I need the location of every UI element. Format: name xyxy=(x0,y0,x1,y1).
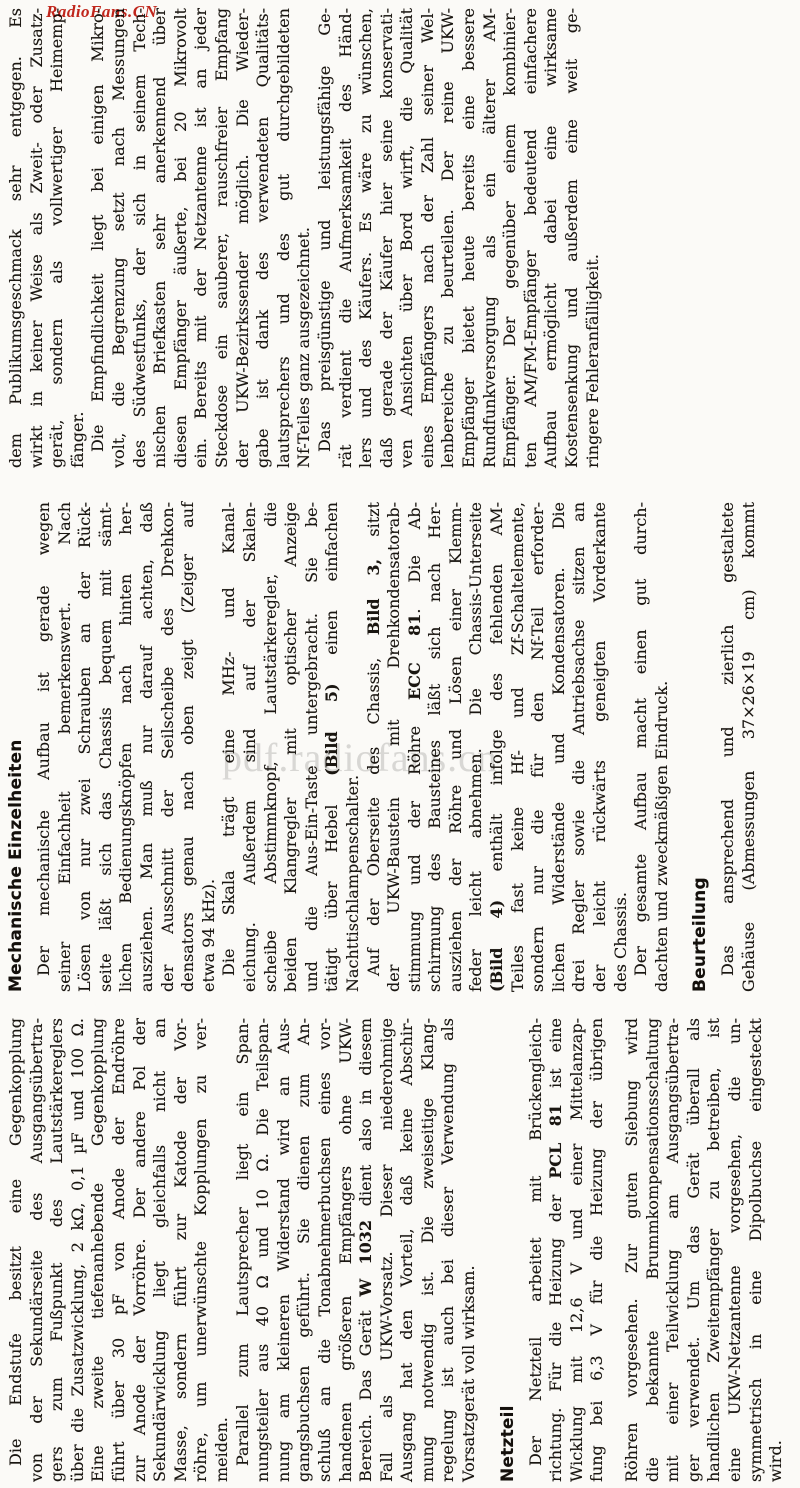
text-line: Das ansprechend und zierlich gestaltete xyxy=(718,502,739,992)
text-line: Die Endstufe besitzt eine Gegenkopplung xyxy=(6,1018,27,1482)
text-line: lichen Bedienungsknöpfen nach hinten her… xyxy=(116,502,137,992)
text-line: nung am kleineren Widerstand wird an Aus… xyxy=(274,1018,295,1482)
text-line: symmetrisch in eine Dipolbuchse eingeste… xyxy=(746,1018,767,1482)
text-line: seite läßt sich das Chassis bequem mit s… xyxy=(96,502,117,992)
text-column-1: Die Endstufe besitzt eine Gegenkopplungv… xyxy=(6,1018,787,1482)
text-line: und die Aus-Ein-Taste untergebracht. Sie… xyxy=(302,502,323,992)
text-line: Das preisgünstige und leistungsfähige Ge… xyxy=(315,8,336,468)
section-heading: Beurteilung xyxy=(690,502,711,992)
text-line: mit einer Teilwicklung am Ausgangsübertr… xyxy=(663,1018,684,1482)
text-line: handenen größeren Empfängers ohne UKW- xyxy=(336,1018,357,1482)
text-line: scheibe Abstimmknopf, Lautstärkeregler, … xyxy=(261,502,282,992)
text-line: Teiles fast keine Hf- und Zf-Schalteleme… xyxy=(508,502,529,992)
text-line: Nf-Teiles ganz ausgezeichnet. xyxy=(294,8,315,468)
text-line: densators genau nach oben zeigt (Zeiger … xyxy=(178,502,199,992)
text-line: lichen Widerstände und Kondensatoren. Di… xyxy=(549,502,570,992)
text-line: Eine zweite tiefenanhebende Gegenkopplun… xyxy=(88,1018,109,1482)
text-line: Rundfunkversorgung als ein älterer AM- xyxy=(480,8,501,468)
section-heading: Netzteil xyxy=(498,1018,519,1482)
text-line: beiden Klangregler mit optischer Anzeige xyxy=(281,502,302,992)
text-line: feder leicht abnehmen. Die Chassis-Unter… xyxy=(466,502,487,992)
text-line: der UKW-Bezirkssender möglich. Die Wiede… xyxy=(233,8,254,468)
text-line: gangsbuchsen geführt. Sie dienen zum An- xyxy=(294,1018,315,1482)
text-line: der UKW-Baustein mit Drehkondensatorab- xyxy=(384,502,405,992)
text-line: handlichen Zweitempfänger zu betreiben, … xyxy=(704,1018,725,1482)
text-line: eichung. Außerdem sind auf der Skalen- xyxy=(240,502,261,992)
text-line: der leicht rückwärts geneigten Vorderkan… xyxy=(590,502,611,992)
text-line: Sekundärwicklung liegt gleichfalls nicht… xyxy=(150,1018,171,1482)
text-line: diesen Empfänger äußerte, bei 20 Mikrovo… xyxy=(171,8,192,468)
text-line: fung bei 6,3 V für die Heizung der übrig… xyxy=(587,1018,608,1482)
text-line: lers und des Käufers. Es wäre zu wünsche… xyxy=(356,8,377,468)
text-line: Die Skala trägt eine MHz- und Kanal- xyxy=(219,502,240,992)
text-line: die bekannte Brummkompensationsschaltung xyxy=(643,1018,664,1482)
text-line: ein. Bereits mit der Netzantenne ist an … xyxy=(191,8,212,468)
text-line: des Chassis. xyxy=(611,502,632,992)
text-line: ven Ansichten über Bord wirft, die Quali… xyxy=(397,8,418,468)
text-line: ausziehen der Röhre und Lösen einer Klem… xyxy=(446,502,467,992)
text-line: Empfänger bietet heute bereits eine bess… xyxy=(459,8,480,468)
text-line: richtung. Für die Heizung der PCL 81 ist… xyxy=(546,1018,567,1482)
text-line: Auf der Oberseite des Chassis, Bild 3, s… xyxy=(364,502,385,992)
text-line: Der gesamte Aufbau macht einen gut durch… xyxy=(631,502,652,992)
text-line: Lösen von nur zwei Schrauben an der Rück… xyxy=(75,502,96,992)
text-line: etwa 94 kHz). xyxy=(199,502,220,992)
text-line: eine UKW-Netzantenne vorgesehen, die un- xyxy=(725,1018,746,1482)
text-line: Vorsatzgerät voll wirksam. xyxy=(459,1018,480,1482)
text-line: Aufbau ermöglicht dabei eine wirksame xyxy=(541,8,562,468)
scanned-magazine-page: pdf.radiofans.cn Die Endstufe besitzt ei… xyxy=(0,0,800,1488)
text-line: lautsprechers und des gut durchgebildete… xyxy=(274,8,295,468)
text-line: zur Anode der Vorröhre. Der andere Pol d… xyxy=(130,1018,151,1482)
watermark-red-text: RadioFans.CN xyxy=(46,2,157,22)
text-line: dachten und zweckmäßigen Eindruck. xyxy=(652,502,673,992)
text-line: Wicklung mit 12,6 V und einer Mittelanza… xyxy=(567,1018,588,1482)
text-line: ausziehen. Man muß nur darauf achten, da… xyxy=(137,502,158,992)
text-line: Der Netzteil arbeitet mit Brückengleich- xyxy=(526,1018,547,1482)
text-line: der Ausschnitt der Seilscheibe des Drehk… xyxy=(158,502,179,992)
text-line: über die Zusatzwicklung, 2 kΩ, 0,1 µF un… xyxy=(68,1018,89,1482)
text-line: lenbereiche zu beurteilen. Der reine UKW… xyxy=(438,8,459,468)
text-line: (Bild 4) enthält infolge des fehlenden A… xyxy=(487,502,508,992)
text-line: Nachttischlampenschalter. xyxy=(343,502,364,992)
text-line: Gehäuse (Abmessungen 37×26×19 cm) kommt xyxy=(739,502,760,992)
text-line: Röhren vorgesehen. Zur guten Siebung wir… xyxy=(622,1018,643,1482)
text-line: röhre, um unerwünschte Kopplungen zu ver… xyxy=(191,1018,212,1482)
text-line: ten AM/FM-Empfänger bedeutend einfachere xyxy=(521,8,542,468)
text-line: gerät, sondern als vollwertiger Heimemp- xyxy=(47,8,68,468)
text-line: Steckdose ein sauberer, rauschfreier Emp… xyxy=(212,8,233,468)
text-column-2: Mechanische EinzelheitenDer mechanische … xyxy=(6,502,760,992)
text-line: Fall als UKW-Vorsatz. Dieser niederohmig… xyxy=(377,1018,398,1482)
text-line: nungsteiler aus 40 Ω und 10 Ω. Die Teils… xyxy=(253,1018,274,1482)
text-line: Empfänger. Der gegenüber einem kombinier… xyxy=(500,8,521,468)
text-line: tätigt über Hebel (Bild 5) einen einfach… xyxy=(322,502,343,992)
text-line: ger verwendet. Um das Gerät überall als xyxy=(684,1018,705,1482)
text-column-3: dem Publikumsgeschmack sehr entgegen. Es… xyxy=(6,8,603,468)
text-line: Der mechanische Aufbau ist gerade wegen xyxy=(34,502,55,992)
text-line: seiner Einfachheit bemerkenswert. Nach xyxy=(55,502,76,992)
text-line: daß gerade der Käufer hier seine konserv… xyxy=(377,8,398,468)
text-line: mung notwendig ist. Die zweiseitige Klan… xyxy=(418,1018,439,1482)
section-heading: Mechanische Einzelheiten xyxy=(6,502,27,992)
text-line: von der Sekundärseite des Ausgangsübertr… xyxy=(27,1018,48,1482)
text-line: Masse, sondern führt zur Katode der Vor- xyxy=(171,1018,192,1482)
text-line: Kostensenkung und außerdem eine weit ge- xyxy=(562,8,583,468)
text-line: meiden. xyxy=(212,1018,233,1482)
text-line: stimmung und der Röhre ECC 81. Die Ab- xyxy=(405,502,426,992)
text-line: Bereich. Das Gerät W 1032 dient also in … xyxy=(356,1018,377,1482)
text-line: wird. xyxy=(766,1018,787,1482)
text-line: führt über 30 pF von Anode der Endröhre xyxy=(109,1018,130,1482)
text-line: fänger. xyxy=(68,8,89,468)
text-line: rät verdient die Aufmerksamkeit des Händ… xyxy=(336,8,357,468)
rotated-article-sheet: Die Endstufe besitzt eine Gegenkopplungv… xyxy=(0,0,800,1488)
text-line: dem Publikumsgeschmack sehr entgegen. Es xyxy=(6,8,27,468)
text-line: wirkt in keiner Weise als Zweit- oder Zu… xyxy=(27,8,48,468)
text-line: schirmung des Bausteines läßt sich nach … xyxy=(425,502,446,992)
text-line: regelung ist auch bei dieser Verwendung … xyxy=(438,1018,459,1482)
text-line: schluß an die Tonabnehmerbuchsen eines v… xyxy=(315,1018,336,1482)
text-line: Die Empfindlichkeit liegt bei einigen Mi… xyxy=(88,8,109,468)
text-line: drei Regler sowie die Antriebsachse sitz… xyxy=(569,502,590,992)
text-line: ringere Fehleranfälligkeit. xyxy=(583,8,604,468)
text-line: Parallel zum Lautsprecher liegt ein Span… xyxy=(233,1018,254,1482)
text-line: gabe ist dank des verwendeten Qualitäts- xyxy=(253,8,274,468)
text-line: sondern nur die für den Nf-Teil erforder… xyxy=(528,502,549,992)
text-line: eines Empfängers nach der Zahl seiner We… xyxy=(418,8,439,468)
text-line: volt, die Begrenzung setzt nach Messunge… xyxy=(109,8,130,468)
text-line: Ausgang hat den Vorteil, daß keine Absch… xyxy=(397,1018,418,1482)
text-line: nischen Briefkasten sehr anerkennend übe… xyxy=(150,8,171,468)
text-line: des Südwestfunks, der sich in seinem Tec… xyxy=(130,8,151,468)
text-line: gers zum Fußpunkt des Lautstärkereglers xyxy=(47,1018,68,1482)
